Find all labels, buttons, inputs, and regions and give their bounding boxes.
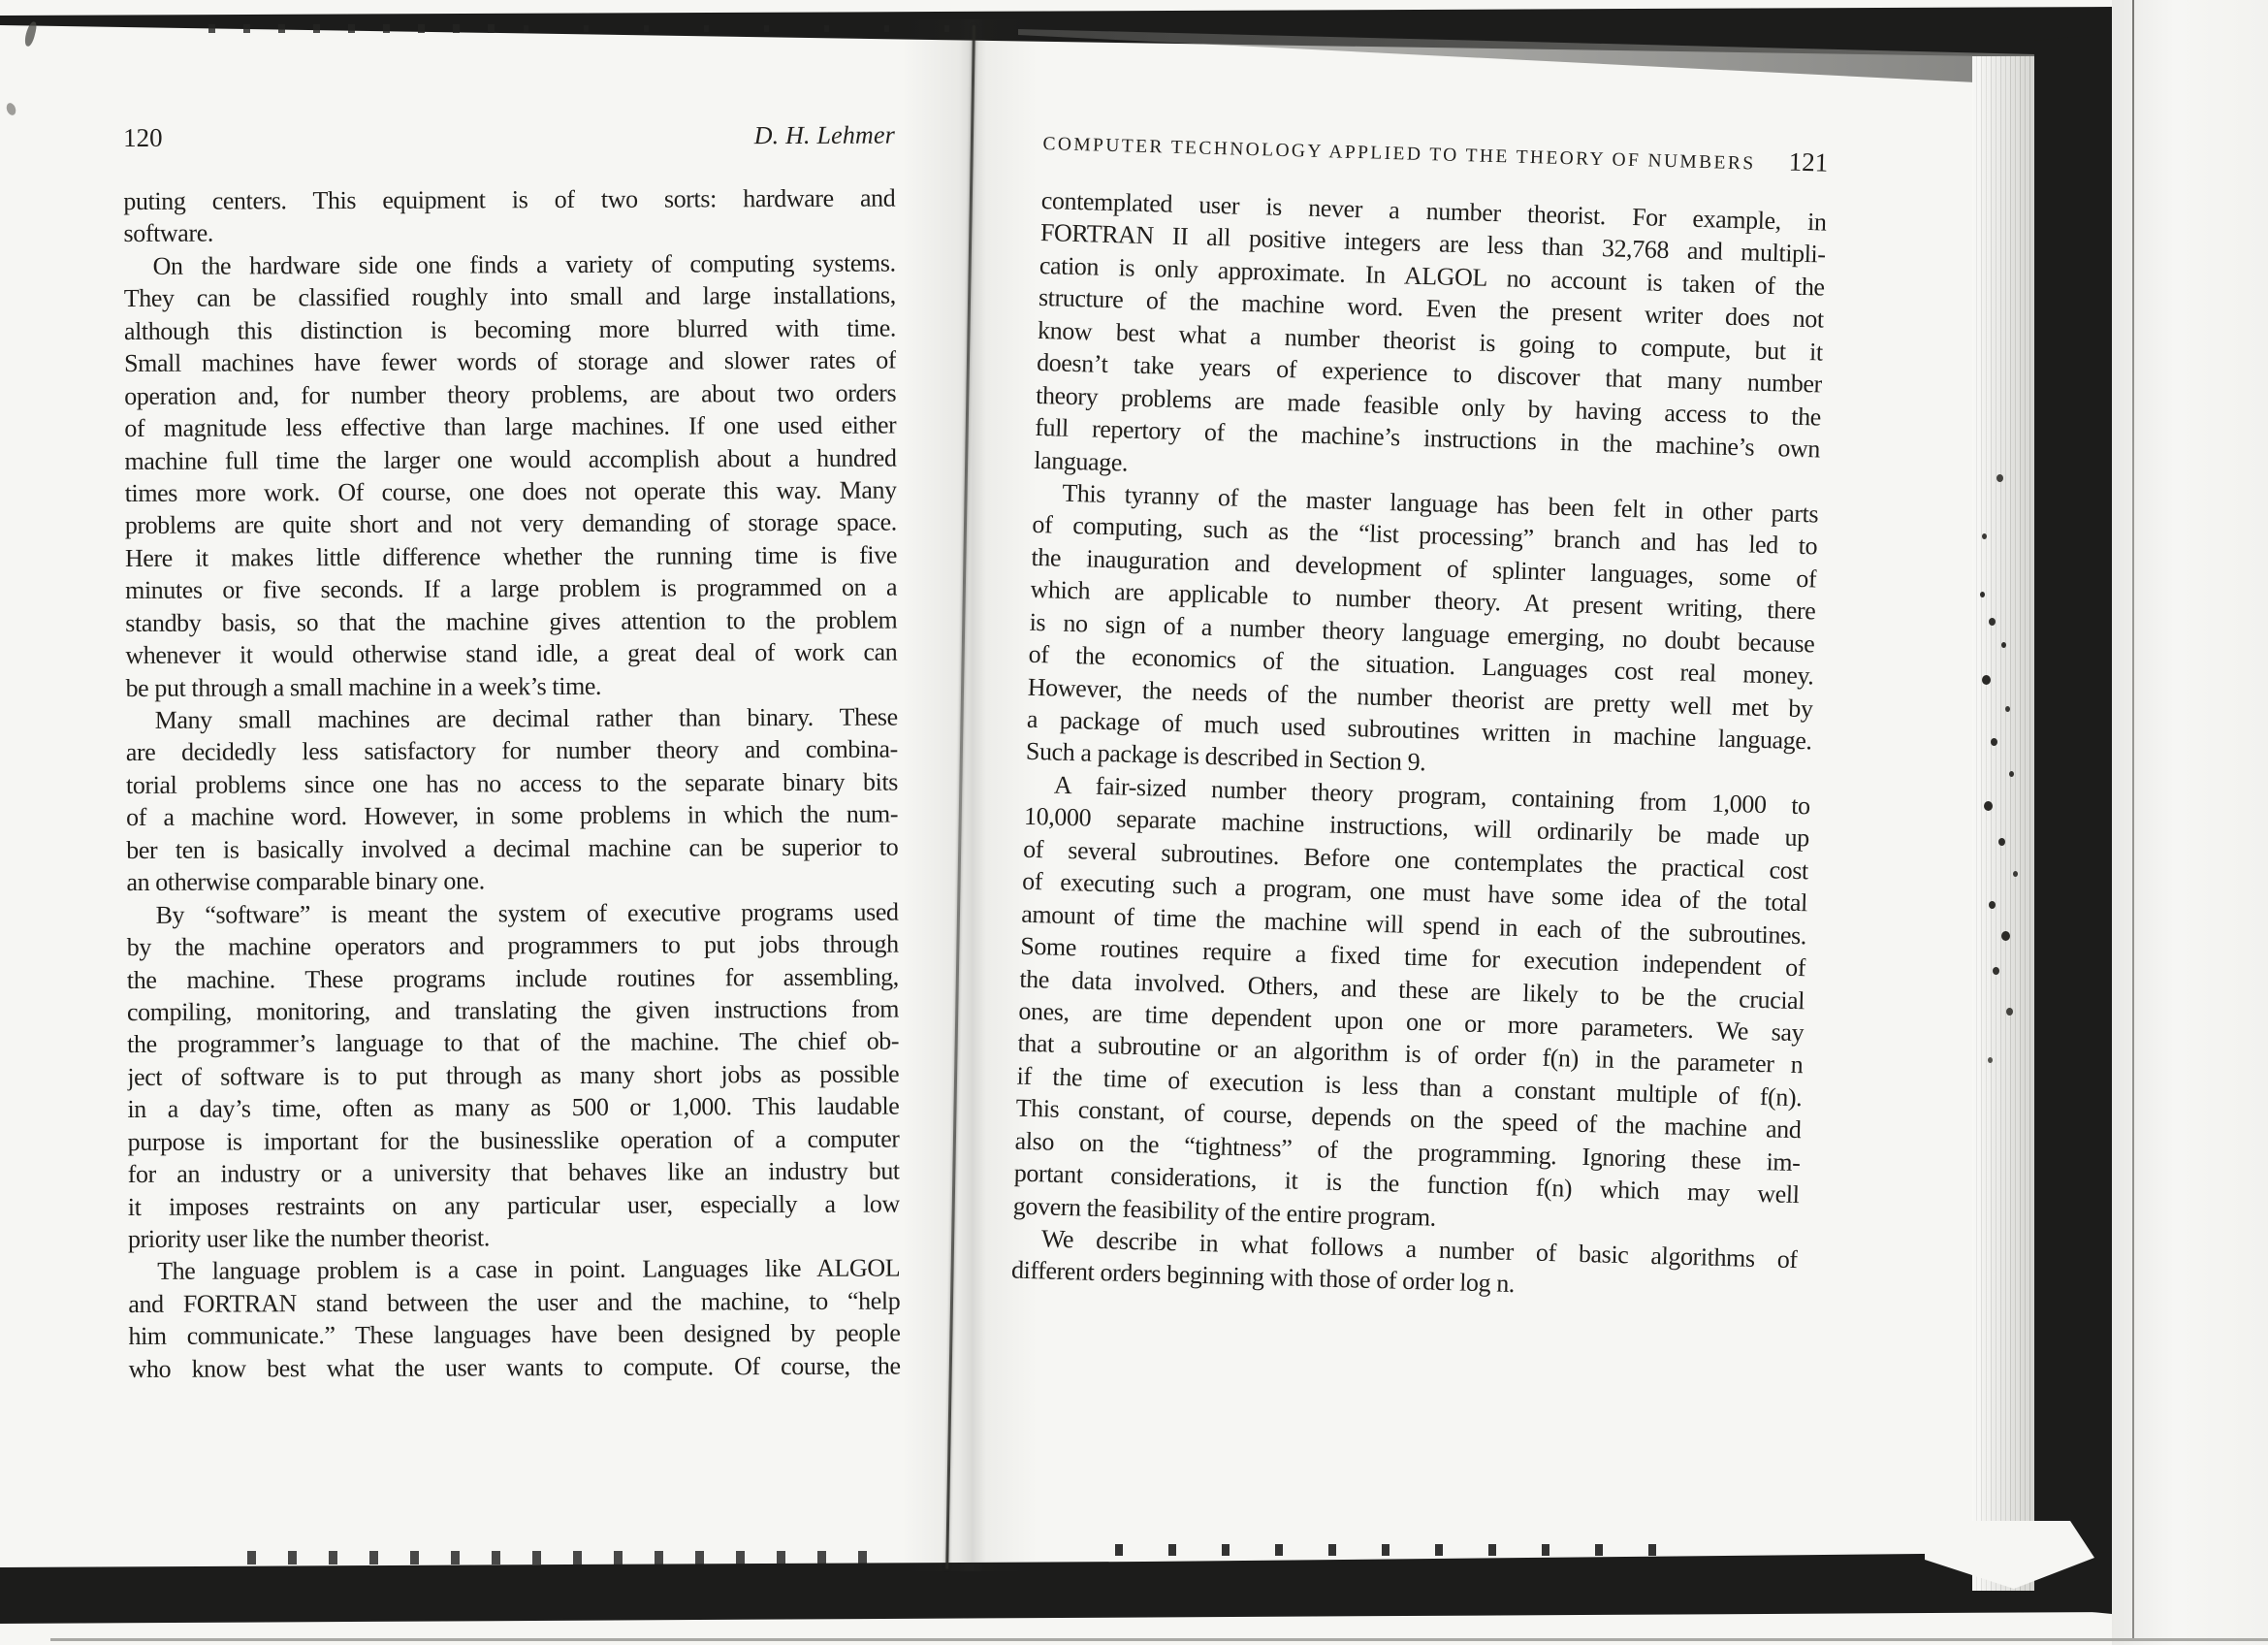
text-line: for an industry or a university that beh… bbox=[128, 1155, 900, 1191]
text-line: priority user like the number theorist. bbox=[128, 1220, 900, 1256]
text-line: ber ten is basically involved a decimal … bbox=[126, 830, 898, 866]
book-scan-page-spread: 120 D. H. Lehmer puting centers. This eq… bbox=[0, 0, 2268, 1645]
text-line: times more work. Of course, one does not… bbox=[125, 473, 897, 509]
paper-edge-line-bottom bbox=[50, 1638, 2268, 1641]
scan-edge-specks-bottom bbox=[247, 1551, 868, 1564]
fore-edge-speckles bbox=[1980, 592, 1985, 597]
text-line: They can be classified roughly into smal… bbox=[124, 279, 896, 315]
text-line: whenever it would otherwise stand idle, … bbox=[125, 636, 897, 672]
text-line: machine full time the larger one would a… bbox=[124, 441, 896, 477]
text-line: Many small machines are decimal rather t… bbox=[126, 701, 898, 737]
text-line: By “software” is meant the system of exe… bbox=[126, 895, 898, 931]
text-line: the programmer’s language to that of the… bbox=[127, 1025, 899, 1061]
text-line: the machine. These programs include rout… bbox=[127, 960, 899, 996]
text-line: Small machines have fewer words of stora… bbox=[124, 344, 896, 380]
text-line: although this distinction is becoming mo… bbox=[124, 311, 896, 347]
scan-edge-specks-bottom bbox=[1115, 1544, 1658, 1556]
text-line: be put through a small machine in a week… bbox=[125, 668, 897, 704]
scan-frame-right bbox=[2034, 33, 2112, 1614]
text-line: Here it makes little difference whether … bbox=[125, 538, 897, 574]
text-line: who know best what the user wants to com… bbox=[129, 1349, 901, 1385]
text-line: him communicate.” These languages have b… bbox=[128, 1317, 900, 1353]
text-line: are decidedly less satisfactory for numb… bbox=[126, 733, 898, 769]
text-line: of magnitude less effective than large m… bbox=[124, 409, 896, 445]
text-line: in a day’s time, often as many as 500 or… bbox=[127, 1090, 899, 1126]
text-line: purpose is important for the businesslik… bbox=[128, 1122, 900, 1158]
book-fore-edge-pages bbox=[1972, 56, 2034, 1591]
text-line: compiling, monitoring, and translating t… bbox=[127, 992, 899, 1028]
text-line: by the machine operators and programmers… bbox=[127, 928, 899, 964]
right-running-head: COMPUTER TECHNOLOGY APPLIED TO THE THEOR… bbox=[1042, 134, 1756, 176]
text-line: The language problem is a case in point.… bbox=[128, 1252, 900, 1288]
left-page: 120 D. H. Lehmer puting centers. This eq… bbox=[123, 120, 901, 1386]
text-line: an otherwise comparable binary one. bbox=[126, 863, 898, 899]
text-line: of a machine word. However, in some prob… bbox=[126, 798, 898, 834]
right-page-header: COMPUTER TECHNOLOGY APPLIED TO THE THEOR… bbox=[1042, 126, 1829, 180]
pen-mark bbox=[5, 102, 17, 116]
scan-edge-specks-top bbox=[208, 24, 509, 33]
scan-background-right bbox=[2112, 0, 2268, 1645]
paper-edge-line-vertical bbox=[2132, 0, 2134, 1641]
text-line: software. bbox=[123, 214, 895, 250]
left-page-header: 120 D. H. Lehmer bbox=[123, 120, 895, 155]
text-line: it imposes restraints on any particular … bbox=[128, 1187, 900, 1223]
text-line: ject of software is to put through as ma… bbox=[127, 1057, 899, 1093]
text-line: and FORTRAN stand between the user and t… bbox=[128, 1284, 900, 1320]
left-page-number: 120 bbox=[123, 123, 163, 153]
right-page-number: 121 bbox=[1788, 146, 1828, 177]
text-line: puting centers. This equipment is of two… bbox=[123, 182, 895, 218]
text-line: torial problems since one has no access … bbox=[126, 765, 898, 801]
text-line: operation and, for number theory problem… bbox=[124, 376, 896, 412]
right-page-body: contemplated user is never a number theo… bbox=[1011, 184, 1827, 1308]
text-line: standby basis, so that the machine gives… bbox=[125, 603, 897, 639]
text-line: minutes or five seconds. If a large prob… bbox=[125, 571, 897, 607]
text-line: problems are quite short and not very de… bbox=[125, 506, 897, 542]
left-page-body: puting centers. This equipment is of two… bbox=[123, 182, 900, 1386]
right-page: COMPUTER TECHNOLOGY APPLIED TO THE THEOR… bbox=[1011, 126, 1829, 1308]
left-running-head: D. H. Lehmer bbox=[754, 121, 896, 151]
text-line: On the hardware side one finds a variety… bbox=[124, 246, 896, 282]
